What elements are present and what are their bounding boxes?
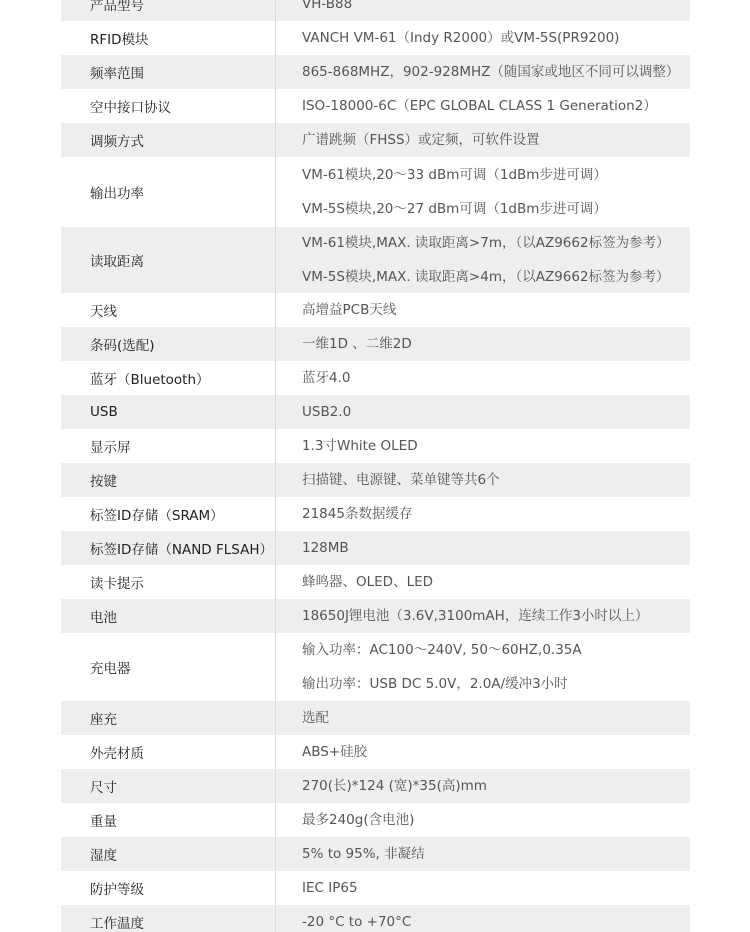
spec-row-operating-temperature: 工作温度 -20 °C to +70°C xyxy=(61,905,690,932)
spec-row-antenna: 天线 高增益PCB天线 xyxy=(61,293,690,327)
spec-row-barcode: 条码(选配) 一维1D 、二维2D xyxy=(61,327,690,361)
spec-label: 工作温度 xyxy=(61,905,276,932)
spec-value: VANCH VM-61（Indy R2000）或VM-5S(PR9200) xyxy=(302,21,690,55)
spec-label: 充电器 xyxy=(61,633,276,701)
spec-value: 21845条数据缓存 xyxy=(302,497,690,531)
spec-label: 湿度 xyxy=(61,837,276,871)
spec-label: 防护等级 xyxy=(61,871,276,905)
spec-label: 天线 xyxy=(61,293,276,327)
spec-label: 产品型号 xyxy=(61,0,276,21)
spec-value: 蜂鸣器、OLED、LED xyxy=(302,565,690,599)
spec-label: 频率范围 xyxy=(61,55,276,89)
spec-label: 尺寸 xyxy=(61,769,276,803)
spec-label: 电池 xyxy=(61,599,276,633)
spec-row-model: 产品型号 VH-B88 xyxy=(61,0,690,21)
spec-label: 显示屏 xyxy=(61,429,276,463)
spec-value: 最多240g(含电池) xyxy=(302,803,690,837)
spec-value: VM-61模块,MAX. 读取距离>7m，（以AZ9662标签为参考） xyxy=(302,226,690,260)
spec-label: 重量 xyxy=(61,803,276,837)
spec-row-read-distance: 读取距离 VM-61模块,MAX. 读取距离>7m，（以AZ9662标签为参考）… xyxy=(61,227,690,293)
spec-value: 270(长)*124 (宽)*35(高)mm xyxy=(302,769,690,803)
spec-label: 读取距离 xyxy=(61,227,276,293)
spec-value: 1.3寸White OLED xyxy=(302,429,690,463)
spec-label: USB xyxy=(61,395,276,429)
spec-label: 条码(选配) xyxy=(61,327,276,361)
spec-row-humidity: 湿度 5% to 95%, 非凝结 xyxy=(61,837,690,871)
spec-label: 座充 xyxy=(61,701,276,735)
spec-value: 扫描键、电源键、菜单键等共6个 xyxy=(302,463,690,497)
spec-row-cradle: 座充 选配 xyxy=(61,701,690,735)
spec-row-read-indicator: 读卡提示 蜂鸣器、OLED、LED xyxy=(61,565,690,599)
spec-label: 标签ID存储（SRAM） xyxy=(61,497,276,531)
spec-label: 外壳材质 xyxy=(61,735,276,769)
spec-row-frequency-range: 频率范围 865-868MHZ，902-928MHZ（随国家或地区不同可以调整） xyxy=(61,55,690,89)
spec-value: 18650J锂电池（3.6V,3100mAH，连续工作3小时以上） xyxy=(302,599,690,633)
spec-value: VM-5S模块,MAX. 读取距离>4m，（以AZ9662标签为参考） xyxy=(302,260,690,294)
spec-row-display: 显示屏 1.3寸White OLED xyxy=(61,429,690,463)
spec-row-dimensions: 尺寸 270(长)*124 (宽)*35(高)mm xyxy=(61,769,690,803)
spec-value: VH-B88 xyxy=(302,0,690,21)
spec-label: 空中接口协议 xyxy=(61,89,276,123)
spec-label: 调频方式 xyxy=(61,123,276,157)
spec-value: ISO-18000-6C（EPC GLOBAL CLASS 1 Generati… xyxy=(302,89,690,123)
spec-value: IEC IP65 xyxy=(302,871,690,905)
spec-value: -20 °C to +70°C xyxy=(302,905,690,932)
spec-row-bluetooth: 蓝牙（Bluetooth） 蓝牙4.0 xyxy=(61,361,690,395)
spec-row-protection-rating: 防护等级 IEC IP65 xyxy=(61,871,690,905)
spec-value: VM-5S模块,20～27 dBm可调（1dBm步进可调） xyxy=(302,192,690,226)
spec-row-air-interface: 空中接口协议 ISO-18000-6C（EPC GLOBAL CLASS 1 G… xyxy=(61,89,690,123)
spec-row-tag-storage-nand: 标签ID存储（NAND FLSAH） 128MB xyxy=(61,531,690,565)
spec-value: 865-868MHZ，902-928MHZ（随国家或地区不同可以调整） xyxy=(302,55,690,89)
spec-value: 输出功率：USB DC 5.0V，2.0A/缓冲3小时 xyxy=(302,667,690,701)
spec-row-rfid-module: RFID模块 VANCH VM-61（Indy R2000）或VM-5S(PR9… xyxy=(61,21,690,55)
spec-value: 5% to 95%, 非凝结 xyxy=(302,837,690,871)
spec-value: USB2.0 xyxy=(302,395,690,429)
spec-value: 128MB xyxy=(302,531,690,565)
spec-row-tag-storage-sram: 标签ID存储（SRAM） 21845条数据缓存 xyxy=(61,497,690,531)
spec-value: 高增益PCB天线 xyxy=(302,293,690,327)
spec-value: ABS+硅胶 xyxy=(302,735,690,769)
spec-label: RFID模块 xyxy=(61,21,276,55)
spec-row-battery: 电池 18650J锂电池（3.6V,3100mAH，连续工作3小时以上） xyxy=(61,599,690,633)
spec-label: 蓝牙（Bluetooth） xyxy=(61,361,276,395)
spec-row-charger: 充电器 输入功率：AC100～240V, 50～60HZ,0.35A 输出功率：… xyxy=(61,633,690,701)
spec-table: 产品型号 VH-B88 RFID模块 VANCH VM-61（Indy R200… xyxy=(61,0,690,932)
spec-row-frequency-mode: 调频方式 广谱跳频（FHSS）或定频，可软件设置 xyxy=(61,123,690,157)
spec-value: 广谱跳频（FHSS）或定频，可软件设置 xyxy=(302,123,690,157)
spec-label: 读卡提示 xyxy=(61,565,276,599)
spec-label: 输出功率 xyxy=(61,157,276,227)
spec-row-housing-material: 外壳材质 ABS+硅胶 xyxy=(61,735,690,769)
spec-row-output-power: 输出功率 VM-61模块,20～33 dBm可调（1dBm步进可调） VM-5S… xyxy=(61,157,690,227)
spec-value: 一维1D 、二维2D xyxy=(302,327,690,361)
spec-label: 按键 xyxy=(61,463,276,497)
spec-row-keys: 按键 扫描键、电源键、菜单键等共6个 xyxy=(61,463,690,497)
spec-row-weight: 重量 最多240g(含电池) xyxy=(61,803,690,837)
spec-value: 选配 xyxy=(302,701,690,735)
spec-value: VM-61模块,20～33 dBm可调（1dBm步进可调） xyxy=(302,158,690,192)
spec-value: 输入功率：AC100～240V, 50～60HZ,0.35A xyxy=(302,633,690,667)
spec-value: 蓝牙4.0 xyxy=(302,361,690,395)
spec-row-usb: USB USB2.0 xyxy=(61,395,690,429)
spec-label: 标签ID存储（NAND FLSAH） xyxy=(61,531,276,565)
